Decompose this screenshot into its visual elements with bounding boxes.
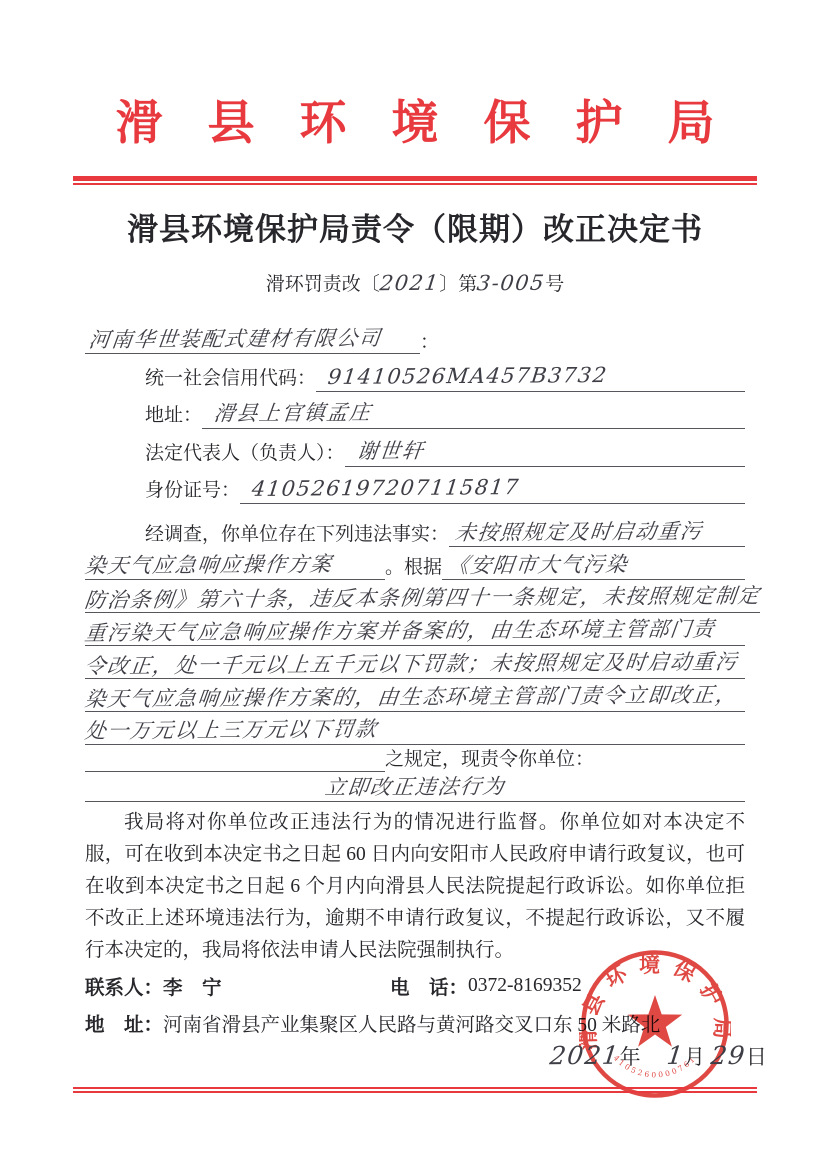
doc-no-suffix: 号 bbox=[545, 274, 564, 295]
field-legal-rep-value: 谢世轩 bbox=[345, 438, 745, 467]
doc-no-year-handwritten: 2021 bbox=[378, 270, 441, 296]
basis-handwritten-start: 《安阳市大气污染 bbox=[442, 553, 745, 580]
official-document-page: 滑县环境保护局 滑县环境保护局责令（限期）改正决定书 滑环罚责改〔2021〕第3… bbox=[0, 0, 830, 1176]
field-legal-rep-label: 法定代表人（负责人）： bbox=[145, 441, 345, 467]
provision-line: 之规定，现责令你单位： bbox=[85, 745, 745, 772]
date-month-handwritten: 1 bbox=[665, 1041, 686, 1070]
recipient-colon: ： bbox=[420, 327, 439, 354]
facts-lead: 经调查，你单位存在下列违法事实： bbox=[85, 523, 449, 547]
document-title: 滑县环境保护局责令（限期）改正决定书 bbox=[0, 210, 830, 250]
date-line: 2021年1月29日 bbox=[550, 1041, 767, 1071]
facts-section: 经调查，你单位存在下列违法事实： 未按照规定及时启动重污 染天气应急响应操作方案… bbox=[85, 514, 745, 802]
letterhead: 滑县环境保护局 bbox=[0, 0, 830, 153]
contact-person-name: 李 宁 bbox=[163, 972, 390, 1000]
field-id-number: 身份证号： 410526197207115817 bbox=[85, 467, 745, 505]
rule-thin-line bbox=[73, 183, 757, 185]
doc-no-serial-handwritten: 3-005 bbox=[476, 270, 547, 296]
official-seal: 滑县环境保护局 4105260000761 bbox=[579, 948, 731, 1100]
field-credit-code-value: 91410526MA457B3732 bbox=[316, 363, 745, 392]
agency-name: 滑县环境保护局 bbox=[116, 95, 760, 153]
date-day-label: 日 bbox=[746, 1045, 767, 1069]
facts-printed-genju: 。根据 bbox=[385, 556, 442, 580]
date-month-label: 月 bbox=[684, 1045, 705, 1069]
document-body: 河南华世装配式建材有限公司 ： 统一社会信用代码： 91410526MA457B… bbox=[85, 316, 745, 1041]
basis-line-3: 令改正，处一千元以上五千元以下罚款；未按照规定及时启动重污 bbox=[85, 646, 745, 679]
basis-line-5: 处一万元以上三万元以下罚款 bbox=[85, 712, 745, 745]
date-year-label: 年 bbox=[620, 1045, 641, 1069]
field-address: 地址： 滑县上官镇孟庄 bbox=[85, 392, 745, 430]
basis-line-2: 重污染天气应急响应操作方案并备案的，由生态环境主管部门责 bbox=[85, 613, 745, 646]
bureau-address-label: 地 址： bbox=[85, 1009, 163, 1037]
order-line: 立即改正违法行为 bbox=[85, 772, 745, 802]
footer-rule-bottom-line bbox=[73, 1091, 757, 1094]
field-address-value: 滑县上官镇孟庄 bbox=[202, 400, 745, 429]
contact-phone-label: 电 话： bbox=[390, 972, 468, 1000]
contact-phone-number: 0372-8169352 bbox=[468, 975, 582, 997]
field-id-number-value: 410526197207115817 bbox=[240, 475, 745, 504]
field-legal-rep: 法定代表人（负责人）： 谢世轩 bbox=[85, 429, 745, 467]
recipient-line: 河南华世装配式建材有限公司 ： bbox=[85, 316, 745, 354]
document-number: 滑环罚责改〔2021〕第3-005号 bbox=[0, 270, 830, 298]
facts-handwritten-1: 未按照规定及时启动重污 bbox=[449, 520, 745, 547]
supervision-paragraph: 我局将对你单位改正违法行为的情况进行监督。你单位如对本决定不服，可在收到本决定书… bbox=[85, 807, 745, 967]
doc-no-prefix: 滑环罚责改〔 bbox=[266, 274, 380, 295]
basis-line-4: 染天气应急响应操作方案的，由生态环境主管部门责令立即改正， bbox=[85, 679, 745, 712]
seal-star-icon bbox=[628, 995, 682, 1047]
field-credit-code-label: 统一社会信用代码： bbox=[145, 366, 316, 392]
doc-no-middle: 〕第 bbox=[439, 274, 477, 295]
date-day-handwritten: 29 bbox=[709, 1041, 747, 1070]
facts-handwritten-2: 染天气应急响应操作方案 bbox=[85, 553, 385, 580]
order-handwritten: 立即改正违法行为 bbox=[85, 775, 745, 802]
date-year-handwritten: 2021 bbox=[548, 1041, 621, 1070]
facts-line-2: 染天气应急响应操作方案 。根据 《安阳市大气污染 bbox=[85, 547, 745, 580]
field-address-label: 地址： bbox=[145, 403, 202, 429]
footer-double-rule bbox=[73, 1087, 757, 1093]
basis-line-1: 防治条例》第六十条，违反本条例第四十一条规定，未按照规定制定 bbox=[85, 580, 745, 613]
letterhead-double-rule bbox=[73, 176, 757, 185]
contact-person-label: 联系人： bbox=[85, 972, 163, 1000]
provision-tail: 之规定，现责令你单位： bbox=[385, 748, 594, 772]
recipient-company-handwritten: 河南华世装配式建材有限公司 bbox=[85, 323, 420, 354]
field-id-number-label: 身份证号： bbox=[145, 478, 240, 504]
facts-line-1: 经调查，你单位存在下列违法事实： 未按照规定及时启动重污 bbox=[85, 514, 745, 547]
provision-blank-underline bbox=[85, 771, 385, 772]
field-credit-code: 统一社会信用代码： 91410526MA457B3732 bbox=[85, 354, 745, 392]
